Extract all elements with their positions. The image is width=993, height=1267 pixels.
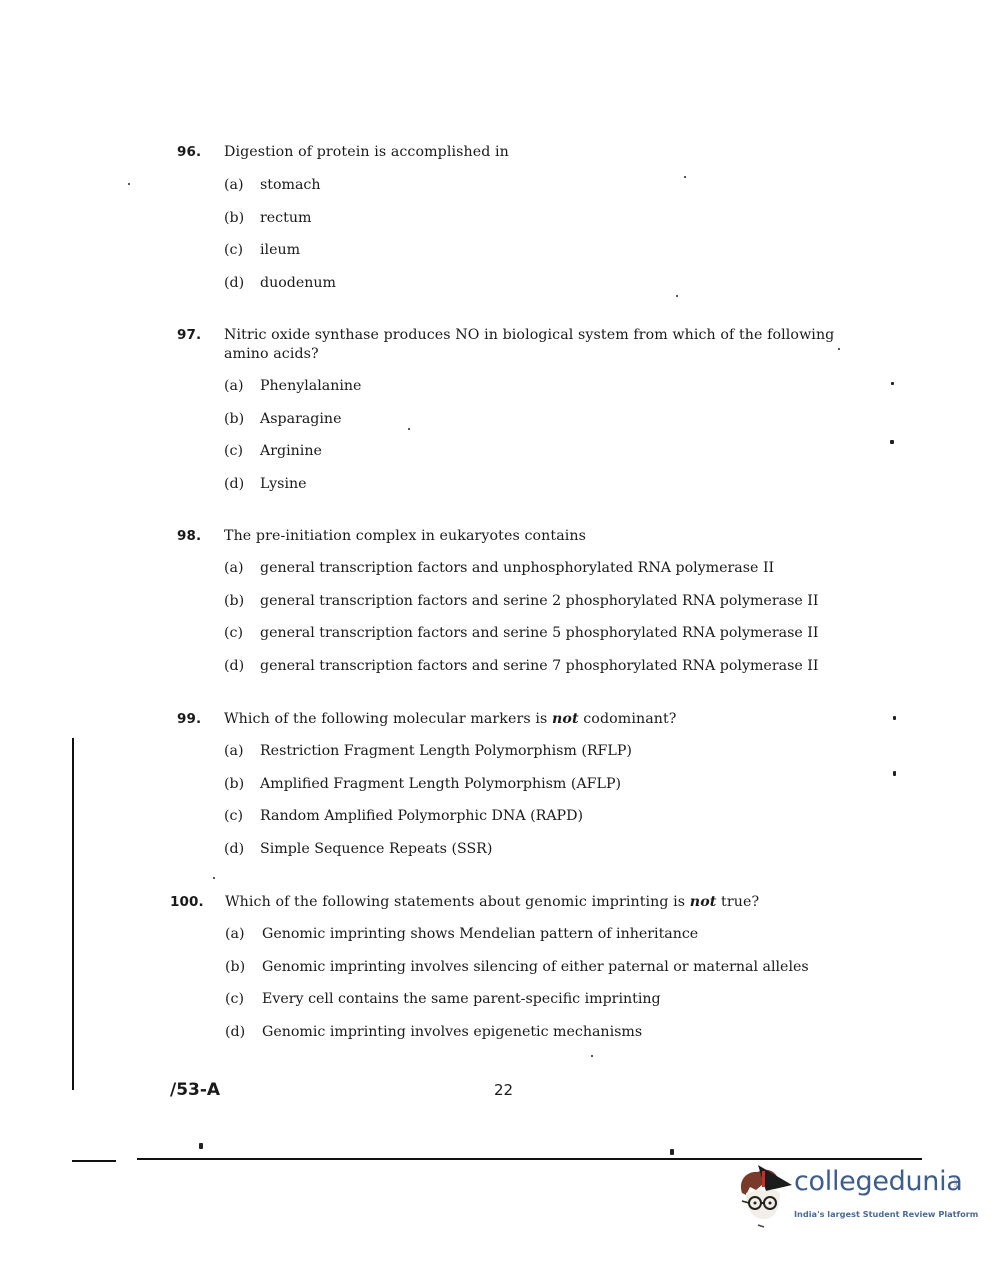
option-text: ileum	[260, 241, 300, 260]
option-text: Restriction Fragment Length Polymorphism…	[260, 742, 632, 761]
scan-speck	[670, 1149, 674, 1155]
question-99: 99. Which of the following molecular mar…	[172, 710, 852, 872]
scan-speck	[408, 428, 410, 430]
option-text: Asparagine	[260, 410, 341, 429]
question-text-line-1: Nitric oxide synthase produces NO in bio…	[224, 326, 852, 345]
question-100: 100. Which of the following statements a…	[172, 893, 852, 1055]
question-number: 99.	[177, 710, 201, 729]
bottom-rule-main	[137, 1158, 922, 1160]
option-label: (a)	[224, 377, 244, 396]
option-d: (d) general transcription factors and se…	[224, 657, 852, 690]
option-b: (b) general transcription factors and se…	[224, 592, 852, 625]
question-stem: 100. Which of the following statements a…	[172, 893, 852, 912]
scan-speck	[128, 183, 130, 185]
option-d: (d) Genomic imprinting involves epigenet…	[225, 1023, 852, 1056]
scan-speck	[213, 877, 215, 879]
option-text: Phenylalanine	[260, 377, 361, 396]
option-text: general transcription factors and unphos…	[260, 559, 774, 578]
option-label: (b)	[224, 775, 244, 794]
option-text: rectum	[260, 209, 311, 228]
option-a: (a) Genomic imprinting shows Mendelian p…	[225, 925, 852, 958]
option-b: (b) rectum	[224, 209, 852, 242]
scan-speck	[893, 716, 896, 720]
emphasis-not: not	[690, 894, 717, 910]
paper-code: /53-A	[170, 1080, 220, 1100]
option-text: general transcription factors and serine…	[260, 624, 818, 643]
option-d: (d) Lysine	[224, 475, 852, 508]
page-number: 22	[494, 1081, 513, 1099]
option-label: (c)	[224, 807, 243, 826]
option-a: (a) Restriction Fragment Length Polymorp…	[224, 742, 852, 775]
option-text: general transcription factors and serine…	[260, 657, 818, 676]
option-text: duodenum	[260, 274, 336, 293]
question-text-line-2: amino acids?	[224, 345, 852, 364]
question-text-part: Which of the following molecular markers…	[224, 711, 552, 727]
option-label: (b)	[224, 592, 244, 611]
scan-speck	[676, 295, 678, 297]
question-stem: 96. Digestion of protein is accomplished…	[172, 143, 852, 162]
option-text: Every cell contains the same parent-spec…	[262, 990, 661, 1009]
option-c: (c) Arginine	[224, 442, 852, 475]
question-number: 97.	[177, 326, 201, 345]
question-text-part: Which of the following statements about …	[225, 894, 690, 910]
option-label: (d)	[224, 840, 244, 859]
option-b: (b) Amplified Fragment Length Polymorphi…	[224, 775, 852, 808]
question-98: 98. The pre-initiation complex in eukary…	[172, 527, 852, 689]
question-number: 100.	[170, 893, 204, 912]
scan-speck	[591, 1055, 593, 1057]
collegedunia-watermark: collegedunia .com India's largest Studen…	[736, 1163, 966, 1233]
option-b: (b) Genomic imprinting involves silencin…	[225, 958, 852, 991]
option-text: Simple Sequence Repeats (SSR)	[260, 840, 492, 859]
question-text: Which of the following statements about …	[225, 893, 852, 912]
option-c: (c) Random Amplified Polymorphic DNA (RA…	[224, 807, 852, 840]
question-97: 97. Nitric oxide synthase produces NO in…	[172, 326, 852, 507]
option-label: (b)	[224, 410, 244, 429]
question-number: 98.	[177, 527, 201, 546]
option-label: (c)	[224, 241, 243, 260]
option-text: Genomic imprinting involves epigenetic m…	[262, 1023, 642, 1042]
option-label: (c)	[224, 624, 243, 643]
question-text-part: codominant?	[579, 711, 677, 727]
option-a: (a) Phenylalanine	[224, 377, 852, 410]
scan-speck	[684, 176, 686, 178]
option-b: (b) Asparagine	[224, 410, 852, 443]
option-label: (b)	[224, 209, 244, 228]
option-text: general transcription factors and serine…	[260, 592, 818, 611]
option-label: (a)	[224, 176, 244, 195]
option-label: (a)	[224, 742, 244, 761]
option-text: Genomic imprinting shows Mendelian patte…	[262, 925, 698, 944]
student-mascot-icon	[736, 1163, 798, 1233]
question-96: 96. Digestion of protein is accomplished…	[172, 143, 852, 306]
option-label: (a)	[224, 559, 244, 578]
option-text: Genomic imprinting involves silencing of…	[262, 958, 809, 977]
question-stem: 97. Nitric oxide synthase produces NO in…	[172, 326, 852, 364]
option-a: (a) general transcription factors and un…	[224, 559, 852, 592]
brand-suffix: .com	[952, 1175, 958, 1187]
question-stem: 99. Which of the following molecular mar…	[172, 710, 852, 729]
question-text: The pre-initiation complex in eukaryotes…	[224, 527, 852, 546]
scan-speck	[890, 440, 894, 444]
question-text: Which of the following molecular markers…	[224, 710, 852, 729]
option-d: (d) Simple Sequence Repeats (SSR)	[224, 840, 852, 873]
scan-speck	[891, 382, 894, 385]
option-text: Random Amplified Polymorphic DNA (RAPD)	[260, 807, 583, 826]
option-label: (b)	[225, 958, 245, 977]
option-label: (c)	[225, 990, 244, 1009]
option-text: Lysine	[260, 475, 307, 494]
option-text: stomach	[260, 176, 321, 195]
option-c: (c) Every cell contains the same parent-…	[225, 990, 852, 1023]
question-text: Digestion of protein is accomplished in	[224, 143, 852, 162]
option-label: (d)	[225, 1023, 245, 1042]
option-text: Amplified Fragment Length Polymorphism (…	[260, 775, 621, 794]
option-label: (a)	[225, 925, 245, 944]
question-text-part: true?	[716, 894, 759, 910]
option-text: Arginine	[260, 442, 322, 461]
scan-speck	[199, 1143, 203, 1149]
emphasis-not: not	[552, 711, 579, 727]
option-d: (d) duodenum	[224, 274, 852, 307]
option-c: (c) ileum	[224, 241, 852, 274]
option-a: (a) stomach	[224, 176, 852, 209]
option-label: (d)	[224, 657, 244, 676]
left-margin-rule	[72, 738, 74, 1090]
bottom-rule-left	[72, 1160, 116, 1162]
option-c: (c) general transcription factors and se…	[224, 624, 852, 657]
scan-speck	[838, 348, 840, 350]
question-number: 96.	[177, 143, 201, 162]
question-stem: 98. The pre-initiation complex in eukary…	[172, 527, 852, 546]
brand-tagline: India's largest Student Review Platform	[794, 1209, 978, 1219]
option-label: (d)	[224, 475, 244, 494]
brand-name: collegedunia	[794, 1166, 963, 1197]
option-label: (c)	[224, 442, 243, 461]
scan-speck	[893, 771, 896, 776]
option-label: (d)	[224, 274, 244, 293]
exam-page: 96. Digestion of protein is accomplished…	[0, 0, 993, 1267]
